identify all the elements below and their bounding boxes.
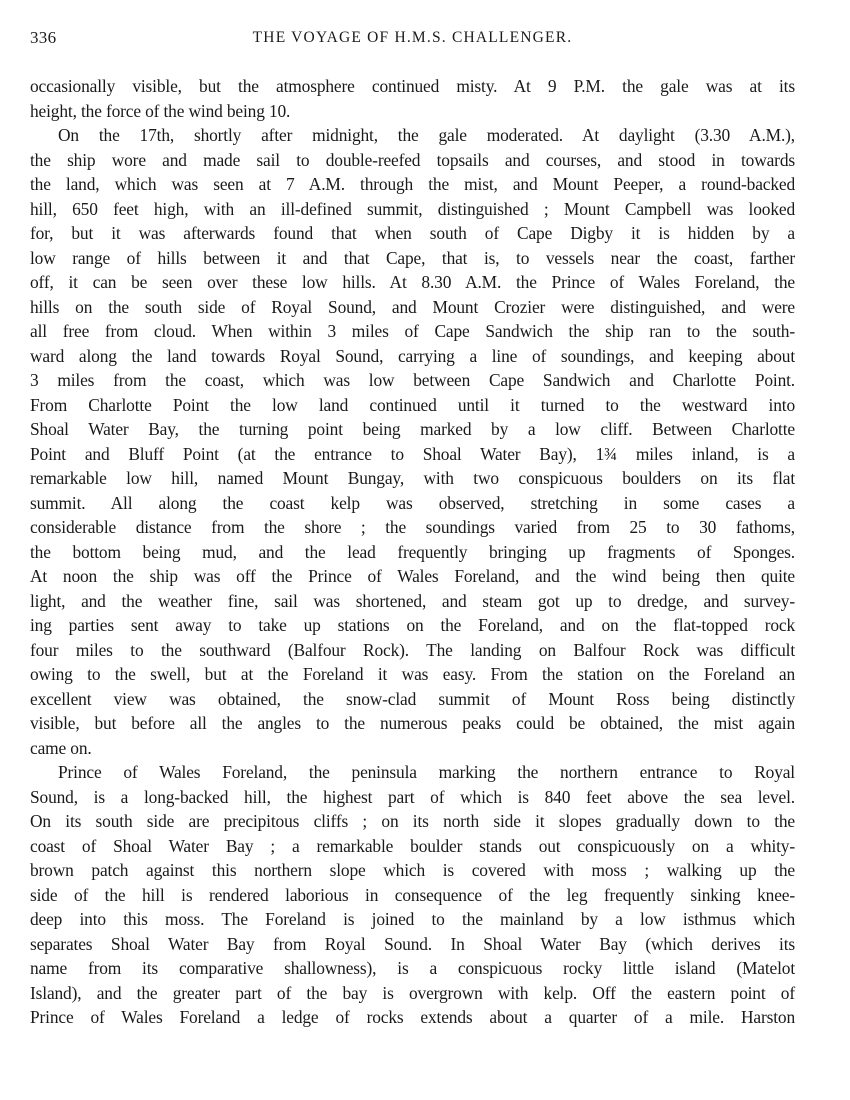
text-line: ing parties sent away to take up station… — [30, 613, 795, 638]
text-line: off, it can be seen over these low hills… — [30, 270, 795, 295]
text-line: Prince of Wales Foreland, the peninsula … — [30, 760, 795, 785]
text-line: side of the hill is rendered laborious i… — [30, 883, 795, 908]
text-line: owing to the swell, but at the Foreland … — [30, 662, 795, 687]
text-line: On the 17th, shortly after midnight, the… — [30, 123, 795, 148]
text-line: brown patch against this northern slope … — [30, 858, 795, 883]
text-line: At noon the ship was off the Prince of W… — [30, 564, 795, 589]
text-line: the bottom being mud, and the lead frequ… — [30, 540, 795, 565]
text-line: ward along the land towards Royal Sound,… — [30, 344, 795, 369]
text-line: coast of Shoal Water Bay ; a remarkable … — [30, 834, 795, 859]
text-line: considerable distance from the shore ; t… — [30, 515, 795, 540]
body-text: occasionally visible, but the atmosphere… — [30, 74, 795, 1030]
text-line: four miles to the southward (Balfour Roc… — [30, 638, 795, 663]
text-line: From Charlotte Point the low land contin… — [30, 393, 795, 418]
text-line: visible, but before all the angles to th… — [30, 711, 795, 736]
text-line: height, the force of the wind being 10. — [30, 99, 795, 124]
text-line: all free from cloud. When within 3 miles… — [30, 319, 795, 344]
paragraph-3: Prince of Wales Foreland, the peninsula … — [30, 760, 795, 1030]
text-line: Sound, is a long-backed hill, the highes… — [30, 785, 795, 810]
text-line: for, but it was afterwards found that wh… — [30, 221, 795, 246]
text-line: Point and Bluff Point (at the entrance t… — [30, 442, 795, 467]
text-line: 3 miles from the coast, which was low be… — [30, 368, 795, 393]
text-line: deep into this moss. The Foreland is joi… — [30, 907, 795, 932]
text-line: summit. All along the coast kelp was obs… — [30, 491, 795, 516]
text-line: Prince of Wales Foreland a ledge of rock… — [30, 1005, 795, 1030]
text-line: name from its comparative shallowness), … — [30, 956, 795, 981]
page-header: 336 THE VOYAGE OF H.M.S. CHALLENGER. — [30, 28, 795, 52]
paragraph-2: On the 17th, shortly after midnight, the… — [30, 123, 795, 760]
text-line: light, and the weather fine, sail was sh… — [30, 589, 795, 614]
text-line: excellent view was obtained, the snow-cl… — [30, 687, 795, 712]
text-line: the land, which was seen at 7 A.M. throu… — [30, 172, 795, 197]
text-line: On its south side are precipitous cliffs… — [30, 809, 795, 834]
text-line: Island), and the greater part of the bay… — [30, 981, 795, 1006]
running-title: THE VOYAGE OF H.M.S. CHALLENGER. — [30, 29, 795, 47]
text-line: occasionally visible, but the atmosphere… — [30, 74, 795, 99]
text-line: separates Shoal Water Bay from Royal Sou… — [30, 932, 795, 957]
text-line: remarkable low hill, named Mount Bungay,… — [30, 466, 795, 491]
text-line: hill, 650 feet high, with an ill-defined… — [30, 197, 795, 222]
text-line: the ship wore and made sail to double-re… — [30, 148, 795, 173]
text-line: hills on the south side of Royal Sound, … — [30, 295, 795, 320]
text-line: Shoal Water Bay, the turning point being… — [30, 417, 795, 442]
text-line: came on. — [30, 736, 795, 761]
paragraph-1: occasionally visible, but the atmosphere… — [30, 74, 795, 123]
text-line: low range of hills between it and that C… — [30, 246, 795, 271]
